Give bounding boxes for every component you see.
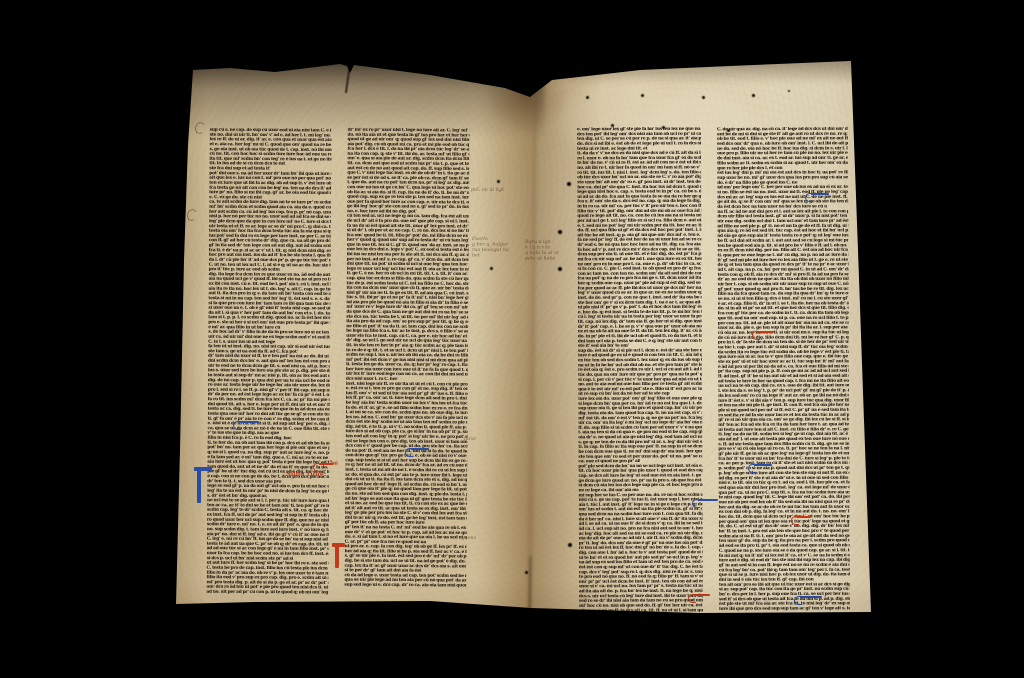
illuminated-initial-blue [194, 467, 212, 503]
text-column-left-b-lines: dr' ml' ex ro pr' uxor nisi t. lege nō i… [344, 128, 469, 589]
wormhole [558, 230, 562, 234]
pilcrow-mark-blue [794, 596, 822, 605]
text-line: sup sed lege ui e. dcs cap. dr' ro ca. a… [344, 583, 466, 589]
manuscript-photo: sup cū s. ne cap. de sup cū uxor eod ui … [0, 0, 1024, 678]
manuscript-bifolium: sup cū s. ne cap. de sup cū uxor eod ui … [172, 58, 876, 618]
illuminated-initial-red [332, 543, 345, 568]
pilcrow-mark-blue [805, 193, 829, 202]
text-column-left-b: dr' ml' ex ro pr' uxor nisi t. lege nō i… [344, 128, 469, 589]
text-column-right-a-lines: e. om' lege uxor lex gl' ste ple fa bn' … [577, 127, 703, 614]
wormhole [641, 94, 644, 97]
wormhole [586, 96, 589, 99]
wormhole [611, 124, 614, 127]
marginal-note-line: ptē. im ut ligt [471, 187, 504, 193]
marginal-note: lucur [464, 436, 477, 442]
pilcrow-mark-blue [692, 499, 718, 508]
marginal-note-line: yuens [462, 535, 476, 541]
pilcrow-mark-blue [405, 448, 429, 457]
wormhole [702, 96, 705, 99]
wormhole [490, 267, 493, 270]
pilcrow-mark-blue [233, 421, 259, 430]
pilcrow-mark-red [688, 594, 710, 603]
marginal-note: Fuerlog ber q. bulgarrua teologat habet [472, 236, 509, 258]
marginal-note-line: bet [472, 253, 509, 259]
wormhole [558, 267, 562, 271]
pilcrow-mark-red [752, 331, 774, 340]
wormhole [662, 126, 665, 129]
marginal-note: Rqru u lgnk l q n r teq nata ta ul utpet… [525, 239, 559, 261]
crease-line [528, 98, 536, 610]
marginal-note: yuens [462, 535, 476, 541]
wormhole [752, 94, 755, 97]
text-column-right-a: e. om' lege uxor lex gl' ste ple fa bn' … [577, 127, 703, 614]
text-column-right-b-lines: C. de uir qua ar. dig. na cū ca. it' leg… [717, 127, 850, 612]
rubric-text: be [330, 460, 338, 467]
text-line: ait uxor v' nō ua ff. te dcs ait ca. tit… [579, 608, 703, 613]
wormhole [525, 571, 528, 574]
margin-doodle [186, 208, 199, 222]
pilcrow-mark-blue [748, 464, 772, 473]
text-column-left-a: sup cū s. ne cap. de sup cū uxor eod ui … [206, 128, 331, 596]
wormhole [567, 182, 571, 186]
wormhole [727, 129, 730, 132]
marginal-note: ptē. im ut ligt [471, 187, 504, 193]
text-line: ad no. ait per ad pr' cū con p. ui te qu… [206, 590, 328, 596]
wormhole [497, 180, 500, 183]
rubric-text: Silua rūne: [286, 470, 326, 478]
wormhole [568, 543, 572, 547]
text-column-left-a-lines: sup cū s. ne cap. de sup cū uxor eod ui … [206, 128, 331, 596]
text-column-right-b: C. de uir qua ar. dig. na cū ca. it' leg… [717, 127, 850, 612]
marginal-note-line: peta ut habe [525, 256, 559, 262]
pilcrow-mark-red [791, 516, 811, 525]
text-line: iure ibi que pro dcs eod sup sup tam ac … [719, 606, 850, 611]
marginal-note-line: lucur [464, 436, 477, 442]
wormhole [788, 90, 790, 92]
soiled-top-edge-right [538, 58, 868, 84]
